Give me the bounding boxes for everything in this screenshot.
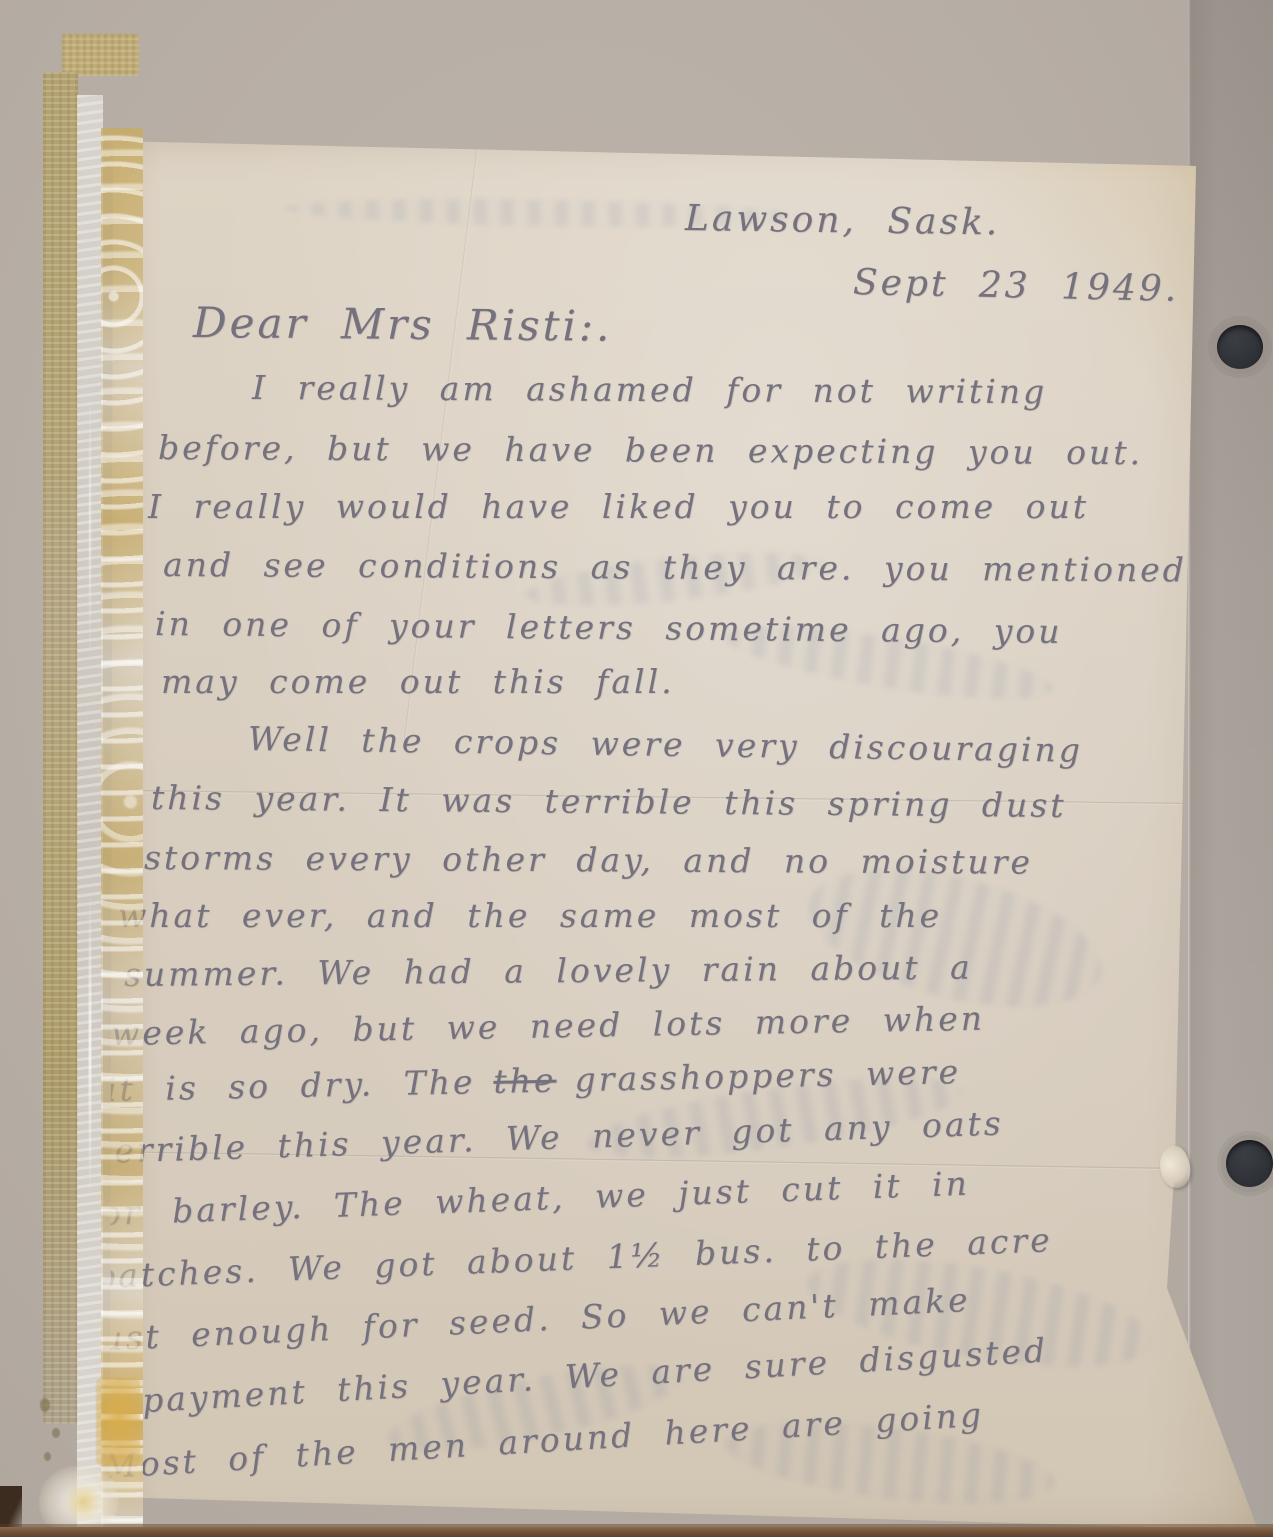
letter-body-line: Well the crops were very discouraging bbox=[248, 719, 1083, 770]
struck-word: the bbox=[493, 1061, 557, 1101]
tape-residue-spot bbox=[40, 1398, 50, 1412]
letter-body-line: storms every other day, and no moisture bbox=[144, 838, 1033, 882]
letter-body-line: in one of your letters sometime ago, you bbox=[155, 604, 1063, 651]
letter-body-line: what ever, and the same most of the bbox=[118, 896, 942, 935]
letter-date-line: Sept 23 1949. bbox=[853, 262, 1180, 310]
letter-body-line: before, but we have been expecting you o… bbox=[158, 428, 1143, 472]
tape-residue-spot bbox=[52, 1428, 60, 1438]
letter-body-line: this year. It was terrible this spring d… bbox=[151, 778, 1067, 825]
letter-body-line: summer. We had a lovely rain about a bbox=[124, 948, 973, 994]
letter-paper: Lawson, Sask. Sept 23 1949. Dear Mrs Ris… bbox=[105, 138, 1261, 1533]
strike-line-after: grasshoppers were bbox=[574, 1052, 961, 1099]
letter-body-line: or barley. The wheat, we just cut it in bbox=[100, 1164, 970, 1233]
punch-hole-bottom bbox=[1226, 1140, 1273, 1187]
punch-hole-top bbox=[1217, 325, 1263, 369]
letter-body-line: terrible this year. We never got any oat… bbox=[97, 1104, 1004, 1171]
album-photo: Lawson, Sask. Sept 23 1949. Dear Mrs Ris… bbox=[0, 0, 1273, 1537]
tape-adhesive-patch bbox=[96, 1378, 140, 1466]
tape-strip-top bbox=[62, 34, 139, 76]
letter-body-line: may come out this fall. bbox=[161, 662, 675, 701]
strike-line-before: it is so dry. The bbox=[106, 1062, 476, 1109]
letter-body-line: week ago, but we need lots more when bbox=[111, 999, 986, 1053]
letter-body-line: I really am ashamed for not writing bbox=[252, 368, 1047, 411]
letter-place-line: Lawson, Sask. bbox=[685, 198, 1001, 243]
page-fold-crease bbox=[1188, 0, 1273, 1537]
tape-strip-adhesive bbox=[101, 128, 143, 1532]
tape-residue-spot bbox=[44, 1452, 51, 1461]
tape-strip-outer bbox=[43, 72, 78, 1424]
letter-body-line: I really would have liked you to come ou… bbox=[148, 487, 1089, 526]
letter-salutation: Dear Mrs Risti:. bbox=[193, 298, 613, 351]
letter-body-line: and see conditions as they are. you ment… bbox=[163, 545, 1187, 589]
tape-strip-glossy bbox=[77, 95, 103, 1535]
album-bottom-edge bbox=[0, 1527, 1273, 1537]
